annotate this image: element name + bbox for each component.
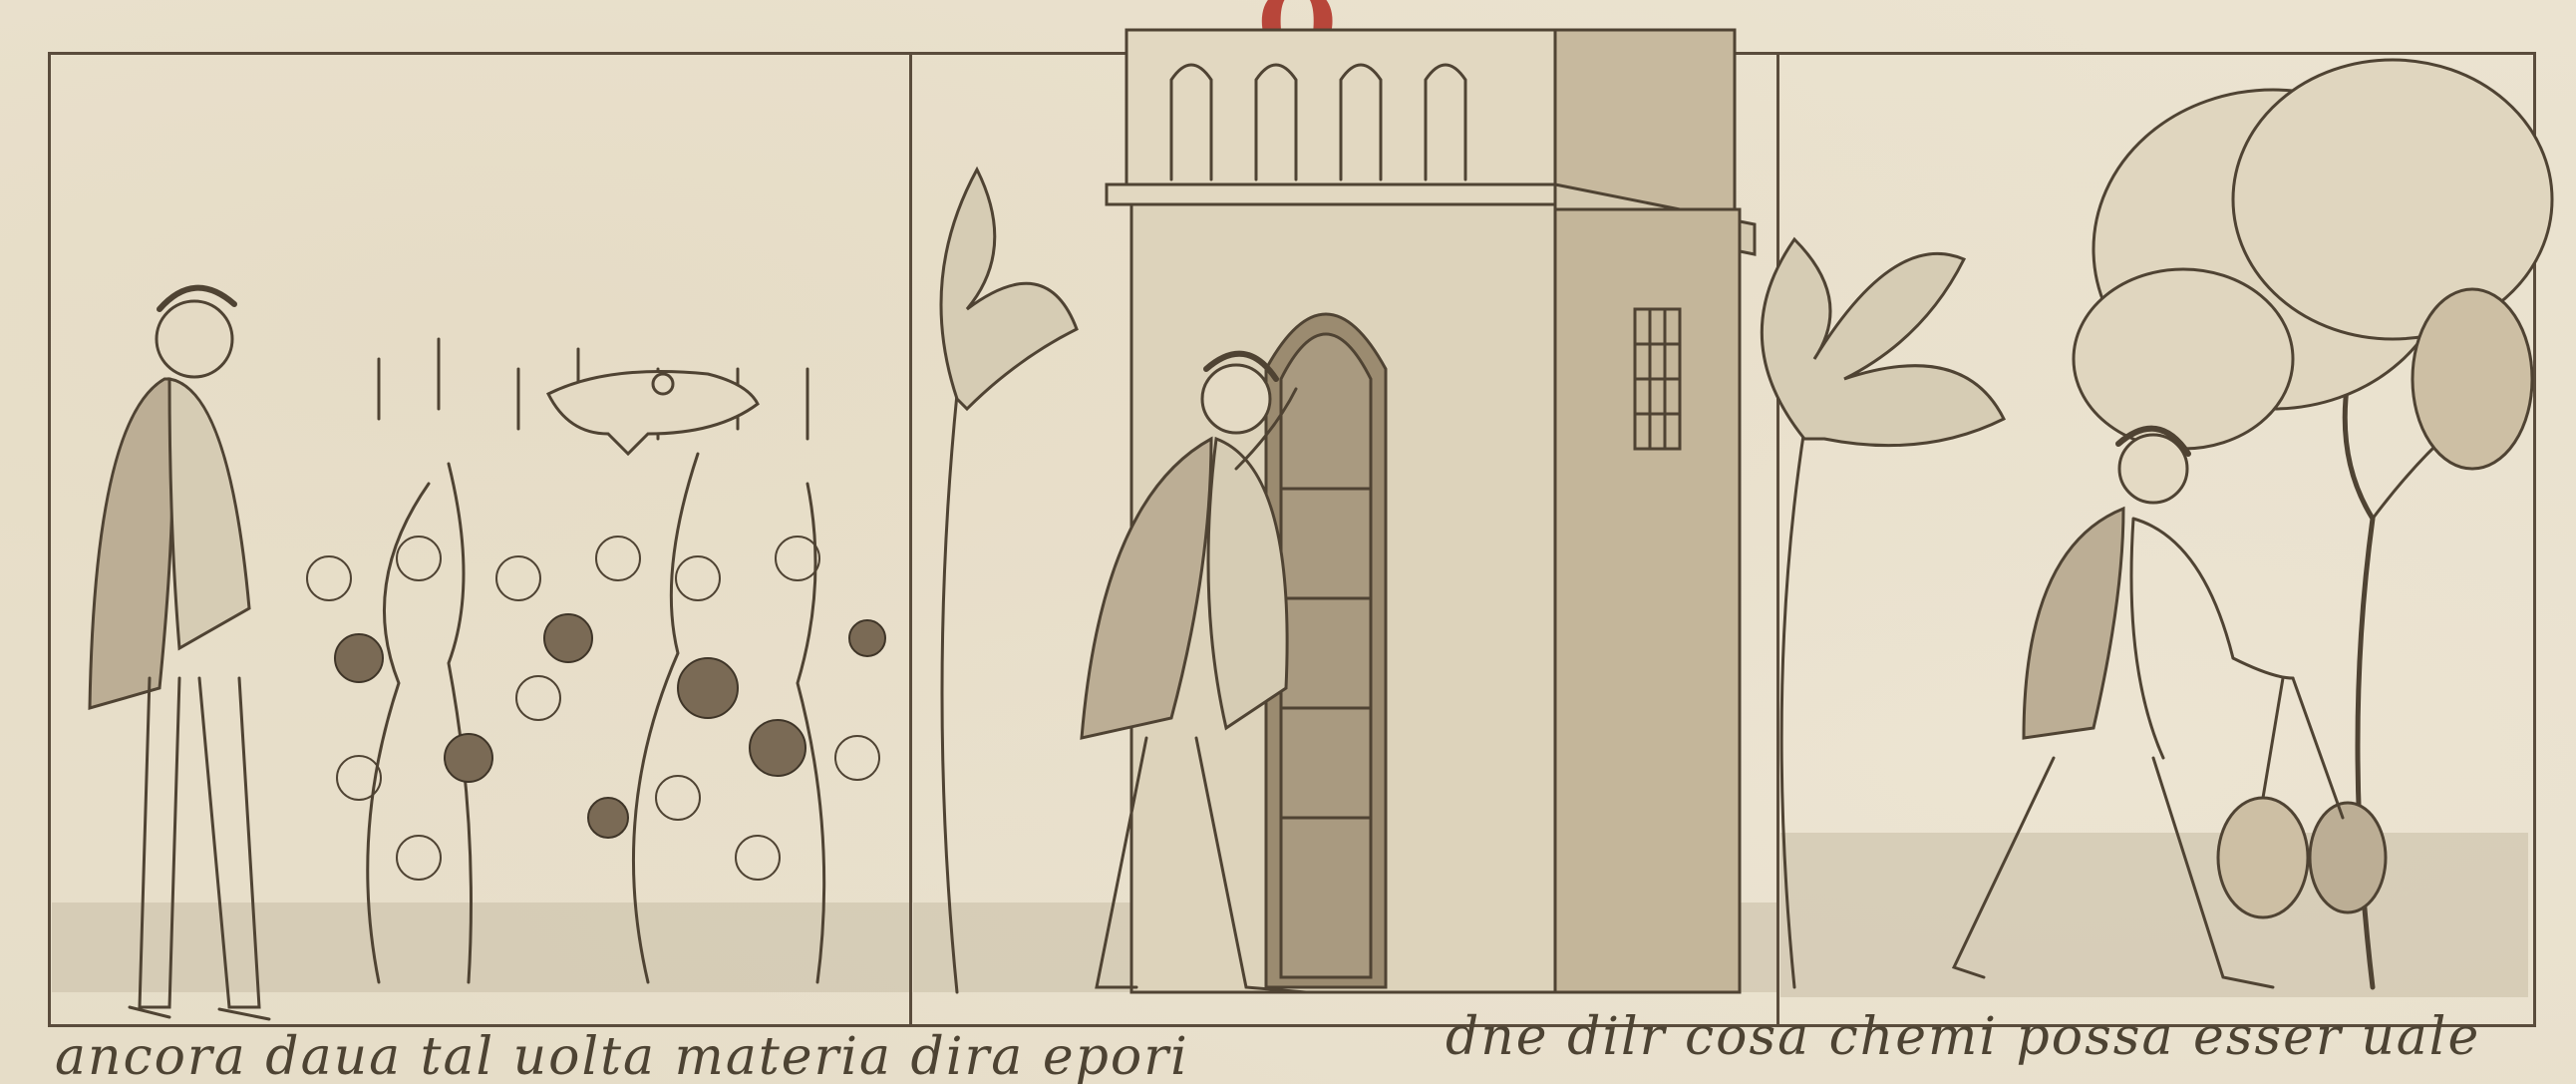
caption-left: ancora daua tal uolta materia dira epori (55, 1027, 1189, 1084)
plume-tree-right (1762, 239, 2004, 987)
illustration-drawing (0, 0, 2576, 1084)
plume-tree-left (941, 170, 1077, 992)
grapevines (307, 339, 885, 982)
caption-right: dne dilr cosa chemi possa esser uale (1446, 1007, 2480, 1067)
standing-man-figure (90, 288, 269, 1019)
bending-man-figure (1954, 429, 2386, 987)
